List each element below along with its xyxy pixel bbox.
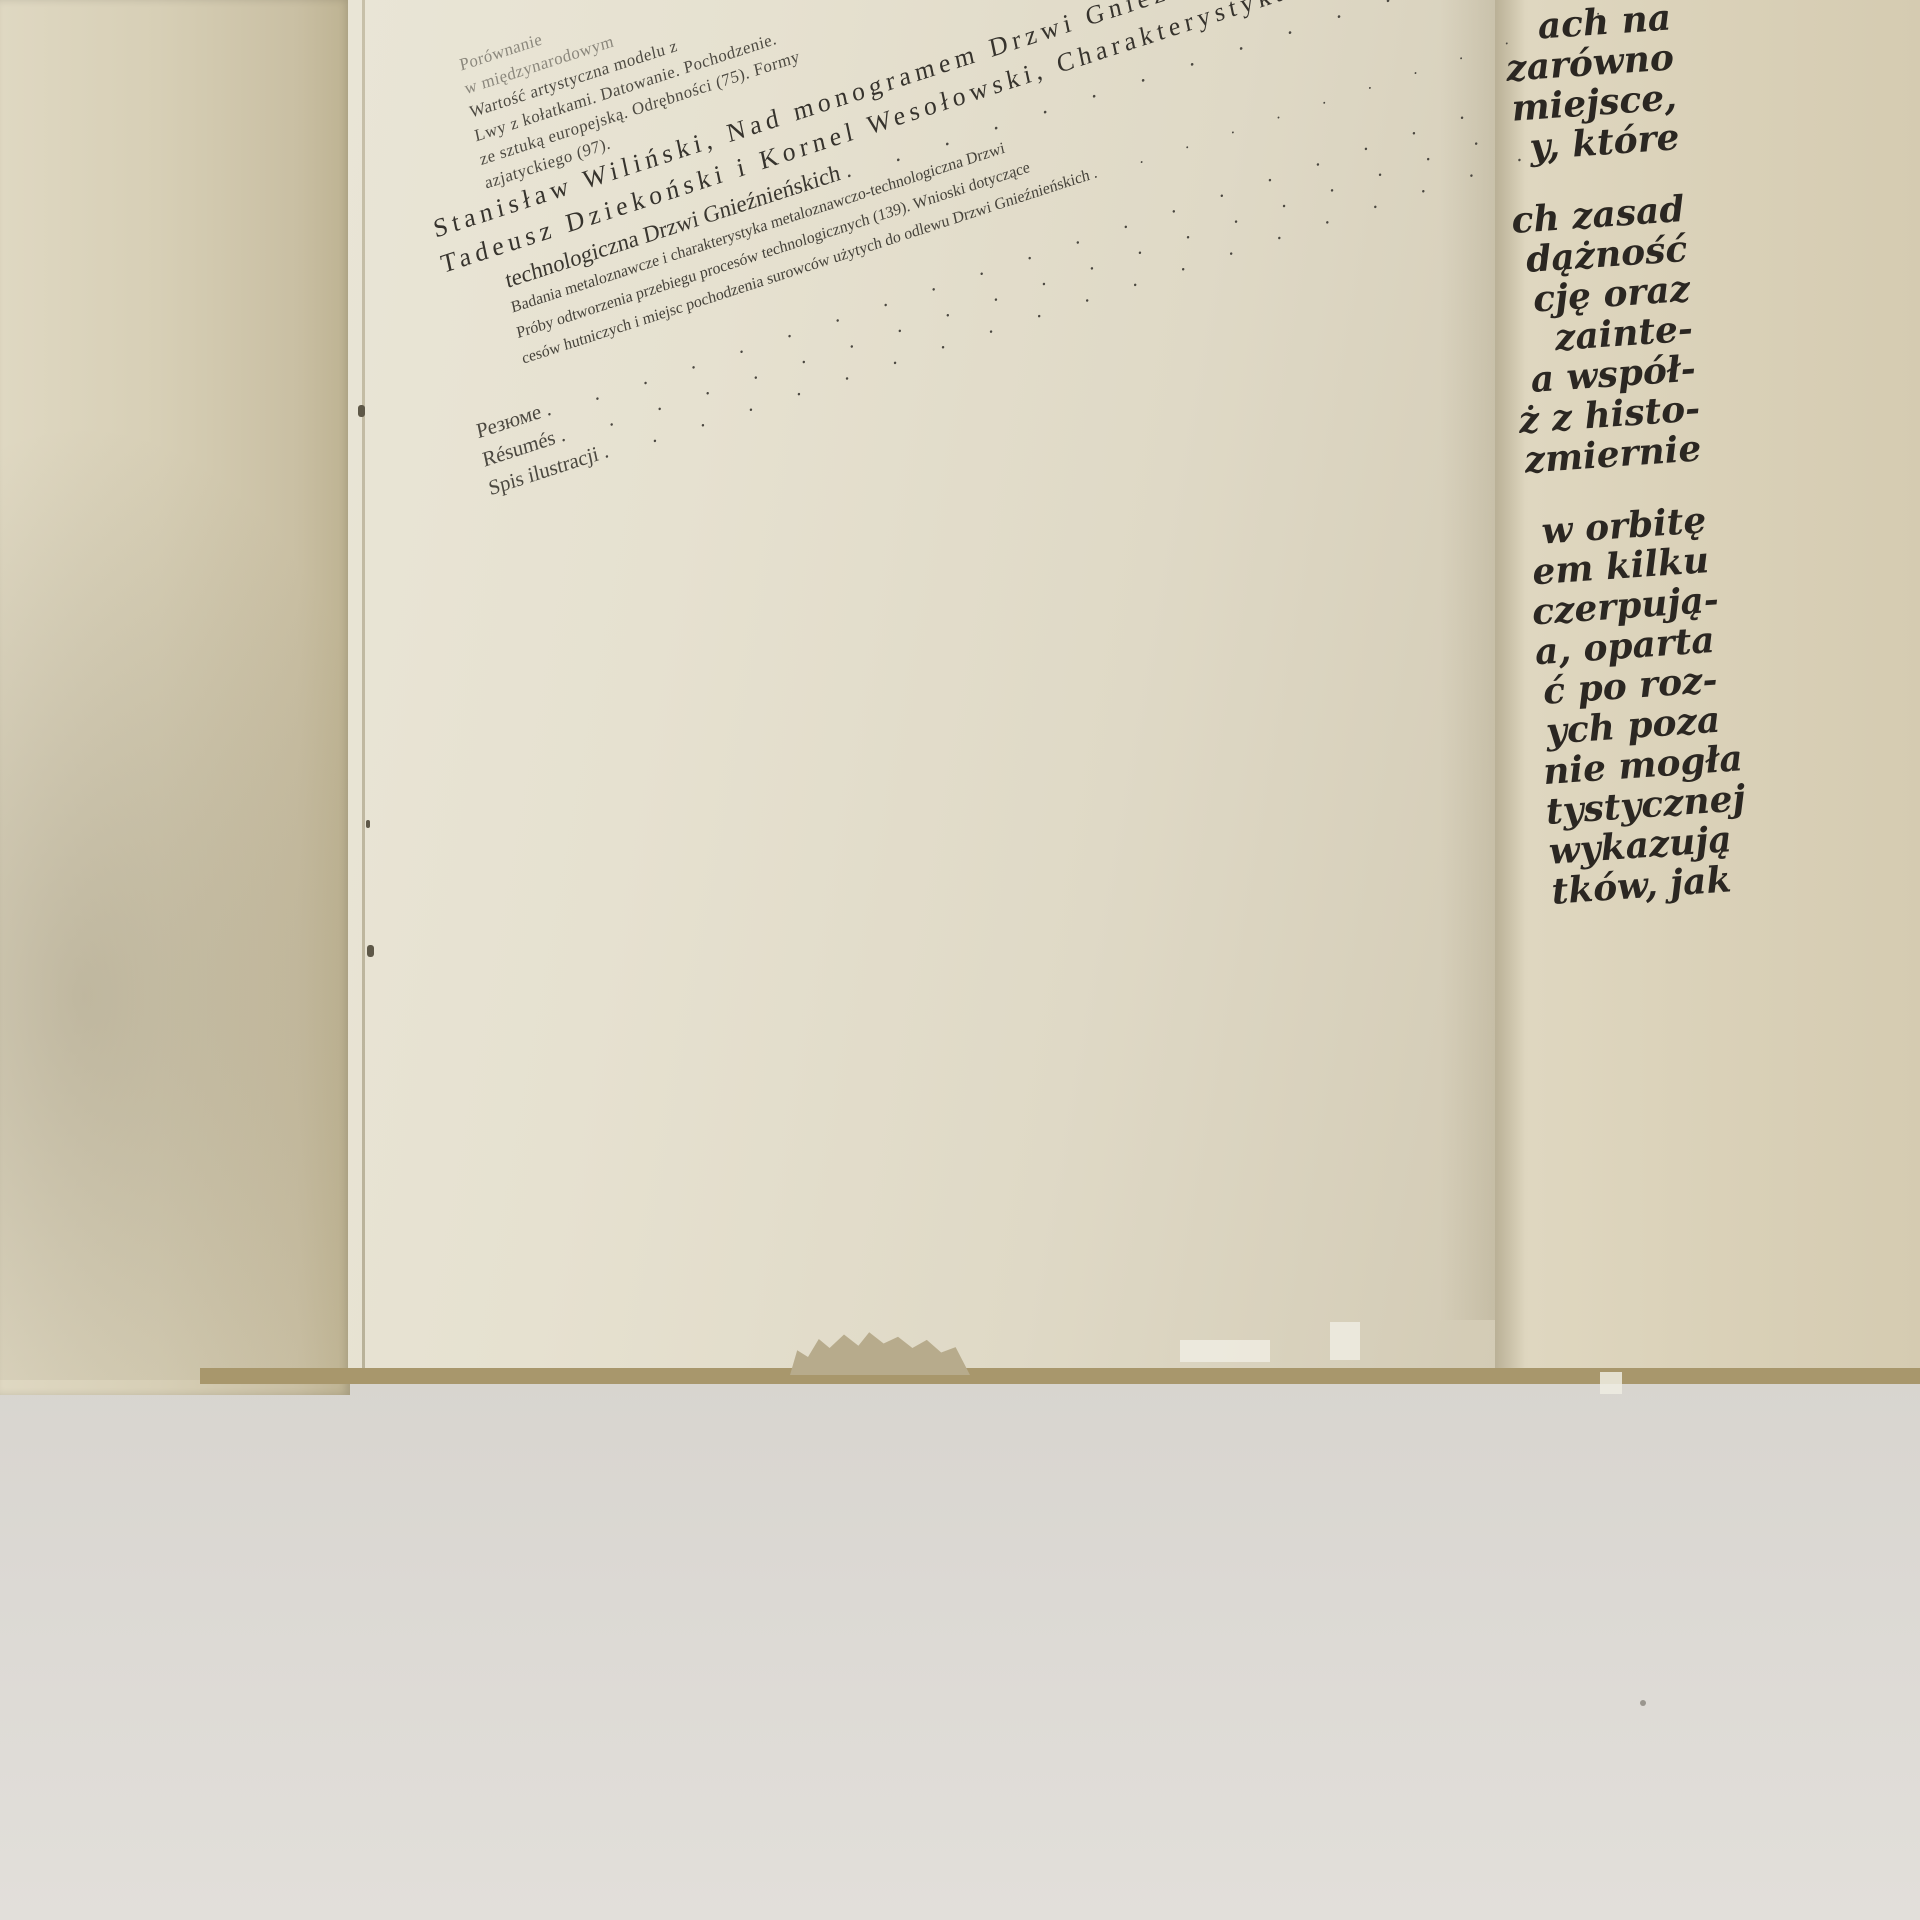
table-speck [1640, 1700, 1646, 1706]
binding-thread-mark [366, 820, 370, 828]
torn-paper-fragment [1330, 1322, 1360, 1360]
binding-thread-mark [367, 945, 374, 957]
torn-paper-fragment [1180, 1340, 1270, 1362]
book-photo-scene: Porównanie w międzynarodowym Wartość art… [0, 0, 1920, 1920]
spine-crease [362, 0, 365, 1380]
table-surface [0, 1380, 1920, 1920]
page-bottom-edge [200, 1368, 1920, 1384]
binding-thread-mark [358, 405, 365, 417]
torn-paper-fragment [1600, 1372, 1622, 1394]
page-curl-shadow [1440, 0, 1500, 1320]
